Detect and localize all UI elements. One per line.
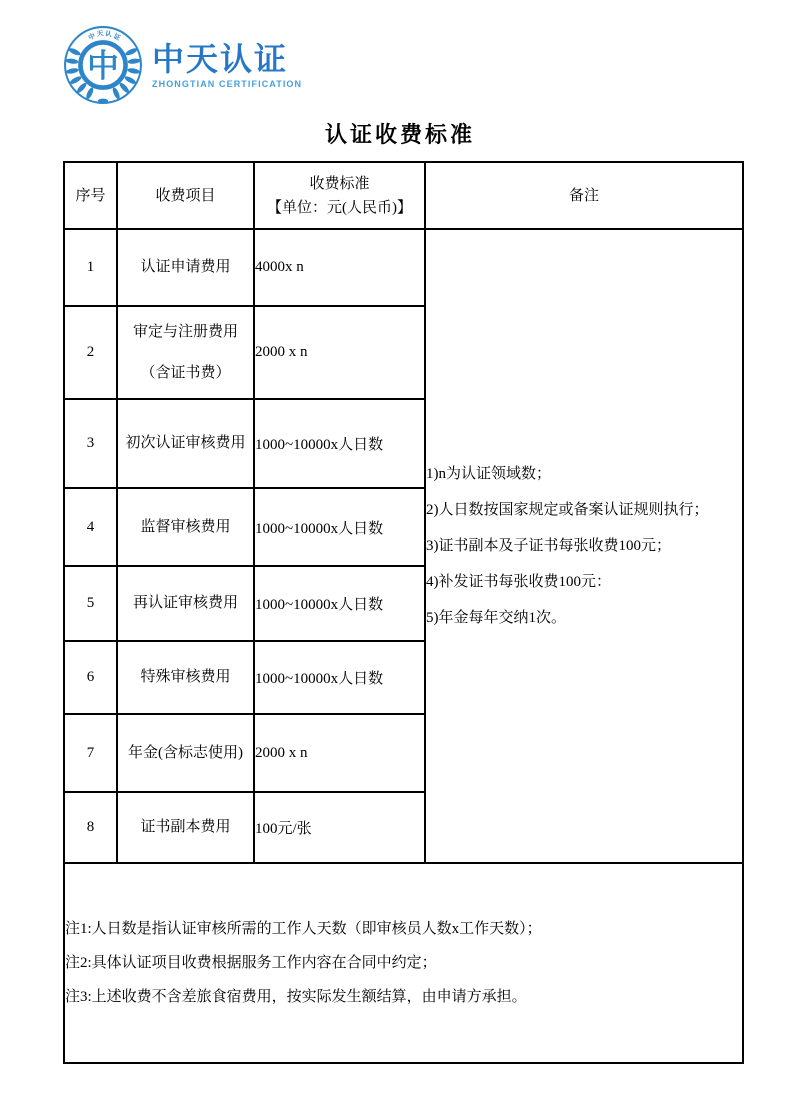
row-item: 认证申请费用 xyxy=(117,229,254,306)
row-item: 特殊审核费用 xyxy=(117,641,254,714)
remark-line: 5)年金每年交纳1次。 xyxy=(426,608,742,629)
header-no: 序号 xyxy=(64,162,117,229)
header-item: 收费项目 xyxy=(117,162,254,229)
row-no: 4 xyxy=(64,488,117,566)
note-line: 注2:具体认证项目收费根据服务工作内容在合同中约定； xyxy=(65,953,742,974)
document-page: 中 天 认 证 中 中天认证 ZHONGTIAN CERTIFICATION 认… xyxy=(0,0,800,1104)
row-fee: 100元/张 xyxy=(254,792,425,863)
page-title: 认证收费标准 xyxy=(0,118,800,149)
fee-table: 序号 收费项目 收费标准 【单位：元(人民币)】 备注 1 认证申请费用 400… xyxy=(63,161,744,1064)
row-fee: 1000~10000x人日数 xyxy=(254,399,425,488)
row-no: 2 xyxy=(64,306,117,399)
note-line: 注3:上述收费不含差旅食宿费用，按实际发生额结算，由申请方承担。 xyxy=(65,987,742,1008)
table-header-row: 序号 收费项目 收费标准 【单位：元(人民币)】 备注 xyxy=(64,162,743,229)
row-item: 监督审核费用 xyxy=(117,488,254,566)
row-item: 再认证审核费用 xyxy=(117,566,254,641)
row-fee: 1000~10000x人日数 xyxy=(254,641,425,714)
row-item: 年金(含标志使用) xyxy=(117,714,254,792)
emblem-center-char: 中 xyxy=(87,48,119,83)
remark-line: 1)n为认证领域数； xyxy=(426,464,742,485)
remarks-cell: 1)n为认证领域数； 2)人日数按国家规定或备案认证规则执行； 3)证书副本及子… xyxy=(425,229,743,863)
row-no: 8 xyxy=(64,792,117,863)
row-fee: 1000~10000x人日数 xyxy=(254,566,425,641)
remark-line: 2)人日数按国家规定或备案认证规则执行； xyxy=(426,500,742,521)
row-no: 5 xyxy=(64,566,117,641)
emblem-arc-char: 中 xyxy=(87,31,97,42)
table-notes-row: 注1:人日数是指认证审核所需的工作人天数（即审核员人数x工作天数）； 注2:具体… xyxy=(64,863,743,1063)
row-fee: 4000x n xyxy=(254,229,425,306)
row-item: 初次认证审核费用 xyxy=(117,399,254,488)
row-no: 6 xyxy=(64,641,117,714)
header-remarks: 备注 xyxy=(425,162,743,229)
notes-cell: 注1:人日数是指认证审核所需的工作人天数（即审核员人数x工作天数）； 注2:具体… xyxy=(64,863,743,1063)
row-no: 7 xyxy=(64,714,117,792)
remark-line: 3)证书副本及子证书每张收费100元； xyxy=(426,536,742,557)
emblem-arc-char: 天 xyxy=(96,28,104,38)
company-logo: 中 天 认 证 中 中天认证 ZHONGTIAN CERTIFICATION xyxy=(62,24,302,106)
row-no: 3 xyxy=(64,399,117,488)
certification-emblem-icon: 中 天 认 证 中 xyxy=(62,24,144,106)
row-item: 证书副本费用 xyxy=(117,792,254,863)
company-name-cn: 中天认证 xyxy=(152,41,302,78)
row-fee: 1000~10000x人日数 xyxy=(254,488,425,566)
note-line: 注1:人日数是指认证审核所需的工作人天数（即审核员人数x工作天数）； xyxy=(65,919,742,940)
table-row: 1 认证申请费用 4000x n 1)n为认证领域数； 2)人日数按国家规定或备… xyxy=(64,229,743,306)
header-fee: 收费标准 【单位：元(人民币)】 xyxy=(254,162,425,229)
row-no: 1 xyxy=(64,229,117,306)
row-item: 审定与注册费用 （含证书费） xyxy=(117,306,254,399)
remark-line: 4)补发证书每张收费100元： xyxy=(426,572,742,593)
company-name-en: ZHONGTIAN CERTIFICATION xyxy=(152,79,302,89)
row-fee: 2000 x n xyxy=(254,714,425,792)
emblem-arc-char: 认 xyxy=(105,29,113,39)
row-fee: 2000 x n xyxy=(254,306,425,399)
logo-text-block: 中天认证 ZHONGTIAN CERTIFICATION xyxy=(152,41,302,89)
